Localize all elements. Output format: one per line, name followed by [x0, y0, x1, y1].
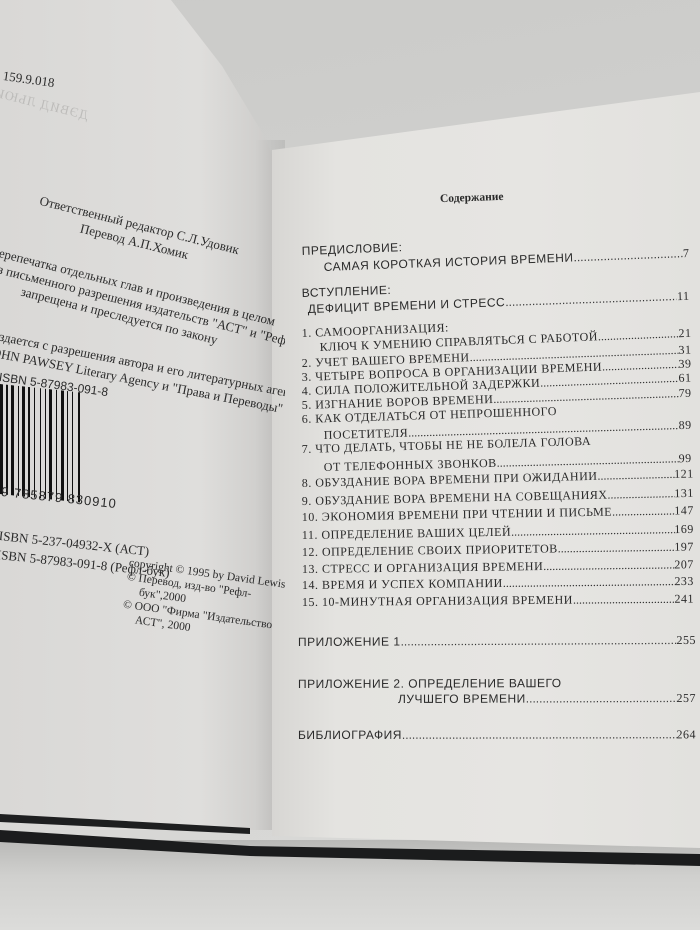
toc-leader-dots: ........................................… [503, 574, 675, 591]
toc-page-number: 255 [676, 633, 696, 648]
barcode-bar [49, 389, 52, 499]
toc-entry-label: 15. 10-МИНУТНАЯ ОРГАНИЗАЦИЯ ВРЕМЕНИ [302, 593, 573, 610]
toc-leader-dots: ........................................… [402, 727, 677, 742]
barcode-bar [0, 384, 3, 494]
copyright-block: copyright © 1995 by David Lewis © Перево… [120, 556, 285, 647]
toc-leader-dots: ........................................… [511, 522, 675, 540]
toc-page-number: 233 [674, 574, 694, 589]
toc-entry-label: 13. СТРЕСС И ОРГАНИЗАЦИЯ ВРЕМЕНИ [302, 559, 544, 577]
toc-page-number: 264 [676, 727, 696, 742]
toc-leader-dots: ........................................… [598, 326, 679, 344]
barcode-bar [18, 386, 19, 496]
toc-leader-dots: ........................................… [597, 467, 674, 484]
toc-entry-label: 14. ВРЕМЯ И УСПЕХ КОМПАНИИ [302, 576, 503, 593]
toc-entry-label: ПРИЛОЖЕНИЕ 1 [298, 634, 401, 650]
toc-page-number: 197 [674, 540, 694, 555]
toc-leader-dots: ........................................… [401, 633, 677, 649]
barcode-bar [22, 386, 25, 496]
barcode-bar [6, 385, 8, 495]
toc-page-number: 121 [674, 466, 694, 481]
imprint-page: 159.9.018 ДЭВИД ЛЬЮИС Ответственный реда… [0, 0, 285, 830]
toc-entry-label: БИБЛИОГРАФИЯ [298, 728, 402, 743]
toc-page-number: 147 [674, 503, 694, 518]
barcode-bar [11, 385, 14, 495]
toc-entry: ПРИЛОЖЕНИЕ 2. ОПРЕДЕЛЕНИЕ ВАШЕГО [298, 676, 696, 691]
toc-page-number: 21 [678, 326, 692, 341]
toc-page-number: 11 [677, 289, 690, 304]
barcode-bar [40, 388, 41, 498]
barcode-bar [34, 388, 35, 498]
barcode-bar [72, 392, 73, 502]
toc-title: Содержание [440, 191, 504, 205]
toc-page-number: 7 [683, 246, 690, 261]
toc-leader-dots: ........................................… [543, 557, 674, 574]
barcode-bar [28, 387, 30, 497]
toc-page-number: 131 [674, 486, 694, 501]
toc-page-number: 99 [679, 451, 692, 466]
toc-page-number: 257 [676, 691, 696, 706]
toc-leader-dots: ........................................… [612, 504, 675, 520]
barcode-bar [45, 389, 46, 499]
toc-entry-label: ПРИЛОЖЕНИЕ 2. ОПРЕДЕЛЕНИЕ ВАШЕГО [298, 676, 562, 691]
toc-entry-label: ЛУЧШЕГО ВРЕМЕНИ [398, 692, 526, 707]
toc-page-number: 61 [678, 370, 692, 385]
toc-page-number: 169 [674, 522, 694, 537]
toc-leader-dots: ........................................… [526, 691, 677, 707]
toc-leader-dots: ........................................… [573, 592, 675, 608]
toc-entry: ПРИЛОЖЕНИЕ 1............................… [298, 633, 696, 650]
toc-leader-dots: ........................................… [607, 486, 674, 502]
toc-page-number: 241 [674, 592, 694, 607]
barcode-bar [67, 391, 68, 501]
toc-page-number: 207 [674, 557, 694, 572]
toc-entry: ЛУЧШЕГО ВРЕМЕНИ.........................… [398, 691, 696, 707]
toc-leader-dots: ........................................… [558, 540, 675, 557]
barcode-bar [56, 390, 57, 500]
toc-entry: БИБЛИОГРАФИЯ............................… [298, 727, 696, 743]
barcode-bar [78, 392, 80, 502]
barcode-bar [61, 390, 64, 500]
